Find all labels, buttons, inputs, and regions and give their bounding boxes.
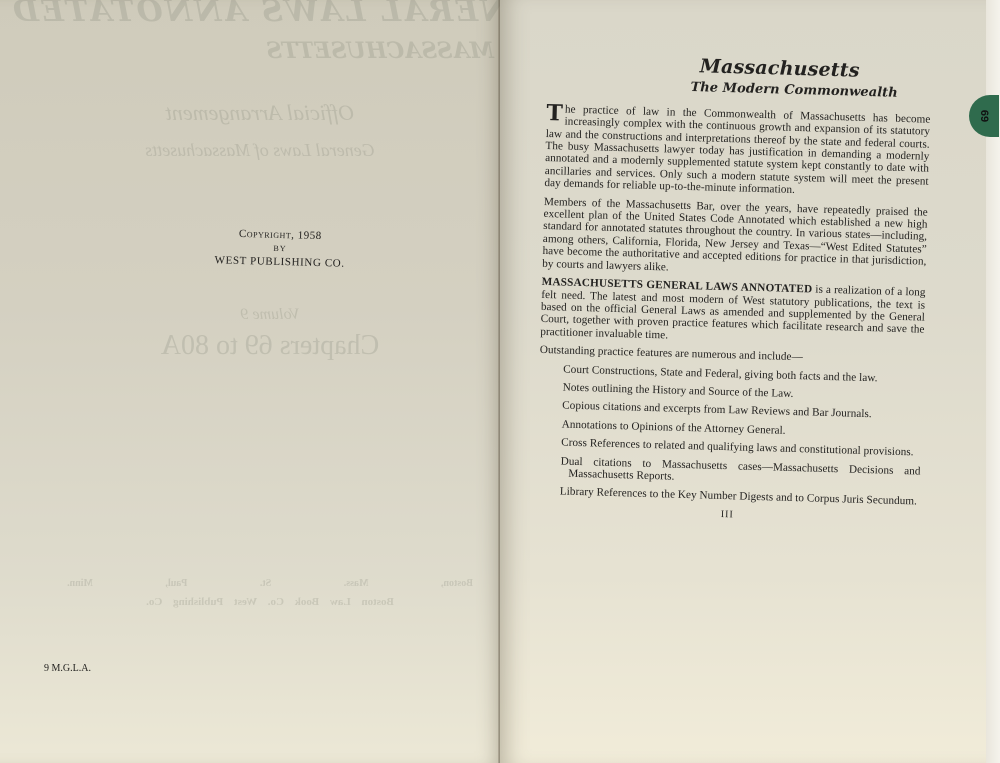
copyright-publisher: WEST PUBLISHING CO. (190, 254, 370, 271)
page-subtitle: The Modern Commonwealth (657, 81, 931, 101)
copyright-by: BY (190, 242, 370, 256)
feature-item: Dual citations to Massachusetts cases—Ma… (560, 455, 921, 490)
show-through-script-2: General Laws of Massachusetts (80, 140, 440, 161)
show-through-publishers-2: Boston Law Book Co. West Publishing Co. (60, 596, 480, 608)
show-through-chapters: Chapters 69 to 80A (60, 330, 480, 362)
thumb-tab-label: 69 (978, 110, 990, 122)
drop-cap: T (546, 104, 563, 122)
show-through-title: GENERAL LAWS ANNOTATED (140, 0, 560, 29)
show-through-script-1: Official Arrangement (80, 100, 440, 126)
show-through-publishers-1: Boston, Mass. St. Paul, Minn. (60, 578, 480, 589)
paragraph-intro-text: he practice of law in the Commonwealth o… (544, 103, 930, 196)
paragraph-mgla: MASSACHUSETTS GENERAL LAWS ANNOTATED is … (540, 276, 926, 349)
left-page: GENERAL LAWS ANNOTATED MASSACHUSETTS Off… (0, 0, 500, 763)
show-through-volume: Volume 9 (60, 306, 480, 324)
signature-mark: 9 M.G.L.A. (44, 663, 91, 674)
paragraph-members: Members of the Massachusetts Bar, over t… (542, 196, 928, 281)
copyright-notice: Copyright, 1958 BY WEST PUBLISHING CO. (190, 227, 371, 271)
copyright-line: Copyright, 1958 (190, 227, 370, 244)
book-spread: GENERAL LAWS ANNOTATED MASSACHUSETTS Off… (0, 0, 1000, 763)
paragraph-intro: The practice of law in the Commonwealth … (544, 103, 930, 201)
right-page-content: Massachusetts The Modern Commonwealth Th… (535, 56, 932, 527)
features-list: Court Constructions, State and Federal, … (536, 362, 924, 508)
